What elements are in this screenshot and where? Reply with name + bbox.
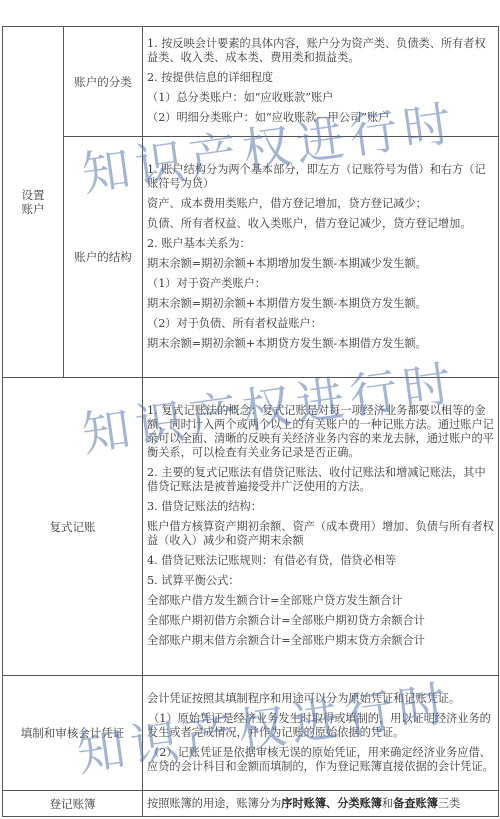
paragraph: 资产、成本费用类账户，借方登记增加，贷方登记减少； — [147, 197, 494, 211]
paragraph: 期末余额=期初余额+本期贷方发生额-本期借方发生额。 — [147, 337, 494, 351]
setup-accounts-label: 设置 账户 — [3, 27, 64, 378]
paragraph: 4. 借贷记账法记账规则：有借必有贷，借贷必相等 — [147, 554, 494, 568]
paragraph: 会计凭证按照其填制程序和用途可以分为原始凭证和记账凭证。 — [147, 692, 494, 706]
ledger-text-suffix: 三类 — [438, 797, 460, 810]
vouchers-label: 填制和审核会计凭证 — [3, 676, 143, 791]
ledger-text-prefix: 按照账簿的用途，账簿分为 — [147, 797, 281, 810]
paragraph: 1. 按反映会计要素的具体内容，账户分为资产类、负债类、所有者权益类、收入类、成… — [147, 37, 494, 65]
paragraph: 期末余额=期初余额+本期借方发生额-本期贷方发生额。 — [147, 297, 494, 311]
ledger-content: 按照账簿的用途，账簿分为序时账簿、分类账簿和备查账簿三类 — [143, 791, 499, 817]
paragraph: （1）对于资产类账户： — [147, 277, 494, 291]
double-entry-label: 复式记账 — [3, 378, 143, 676]
paragraph: 3. 借贷记账法的结构： — [147, 500, 494, 514]
paragraph: （1）总分类账户：如“应收账款”账户 — [147, 91, 494, 105]
ledger-label: 登记账簿 — [3, 791, 143, 817]
row-account-classification: 设置 账户 账户的分类 1. 按反映会计要素的具体内容，账户分为资产类、负债类、… — [3, 27, 499, 137]
structure-content: 1. 账户结构分为两个基本部分，即左方（记账符号为借）和右方（记账符号为贷） 资… — [143, 137, 499, 378]
paragraph: 2. 按提供信息的详细程度 — [147, 71, 494, 85]
paragraph: （2）记账凭证是依据审核无误的原始凭证，用来确定经济业务应借、应贷的会计科目和金… — [147, 746, 494, 774]
paragraph: 1. 复式记账法的概念：复式记账是对每一项经济业务都要以相等的金额，同时计入两个… — [147, 404, 494, 460]
classification-label: 账户的分类 — [64, 27, 143, 137]
paragraph: 2. 主要的复式记账法有借贷记账法、收付记账法和增减记账法，其中借贷记账法是被普… — [147, 466, 494, 494]
structure-label: 账户的结构 — [64, 137, 143, 378]
row-double-entry: 复式记账 1. 复式记账法的概念：复式记账是对每一项经济业务都要以相等的金额，同… — [3, 378, 499, 676]
paragraph: 负债、所有者权益、收入类账户，借方登记减少，贷方登记增加。 — [147, 217, 494, 231]
ledger-text-mid: 和 — [382, 797, 393, 810]
row-ledger: 登记账簿 按照账簿的用途，账簿分为序时账簿、分类账簿和备查账簿三类 — [3, 791, 499, 817]
accounting-methods-table: 设置 账户 账户的分类 1. 按反映会计要素的具体内容，账户分为资产类、负债类、… — [2, 26, 499, 817]
paragraph: 期末余额=期初余额+本期增加发生额-本期减少发生额。 — [147, 257, 494, 271]
ledger-bold-1: 序时账簿、分类账簿 — [281, 796, 382, 810]
paragraph: 全部账户借方发生额合计=全部账户贷方发生额合计 — [147, 594, 494, 608]
vouchers-content: 会计凭证按照其填制程序和用途可以分为原始凭证和记账凭证。 （1）原始凭证是经济业… — [143, 676, 499, 791]
paragraph: （1）原始凭证是经济业务发生时取得或填制的，用以证明经济业务的发生或者完成情况，… — [147, 712, 494, 740]
setup-label-line1: 设置 — [3, 188, 63, 202]
paragraph: （2）明细分类账户：如“应收账款—甲公司”账户 — [147, 111, 494, 125]
ledger-bold-2: 备查账簿 — [393, 796, 438, 810]
double-entry-content: 1. 复式记账法的概念：复式记账是对每一项经济业务都要以相等的金额，同时计入两个… — [143, 378, 499, 676]
classification-content: 1. 按反映会计要素的具体内容，账户分为资产类、负债类、所有者权益类、收入类、成… — [143, 27, 499, 137]
paragraph: 5. 试算平衡公式： — [147, 574, 494, 588]
row-account-structure: 账户的结构 1. 账户结构分为两个基本部分，即左方（记账符号为借）和右方（记账符… — [3, 137, 499, 378]
paragraph: 全部账户期初借方余额合计=全部账户期初贷方余额合计 — [147, 614, 494, 628]
paragraph: 全部账户期末借方余额合计=全部账户期末贷方余额合计 — [147, 634, 494, 648]
row-vouchers: 填制和审核会计凭证 会计凭证按照其填制程序和用途可以分为原始凭证和记账凭证。 （… — [3, 676, 499, 791]
setup-label-line2: 账户 — [3, 202, 63, 216]
paragraph: 账户借方核算资产期初余额、资产（成本费用）增加、负债与所有者权益（收入）减少和资… — [147, 520, 494, 548]
paragraph: 2. 账户基本关系为： — [147, 237, 494, 251]
paragraph: （2）对于负债、所有者权益账户： — [147, 317, 494, 331]
paragraph: 1. 账户结构分为两个基本部分，即左方（记账符号为借）和右方（记账符号为贷） — [147, 163, 494, 191]
